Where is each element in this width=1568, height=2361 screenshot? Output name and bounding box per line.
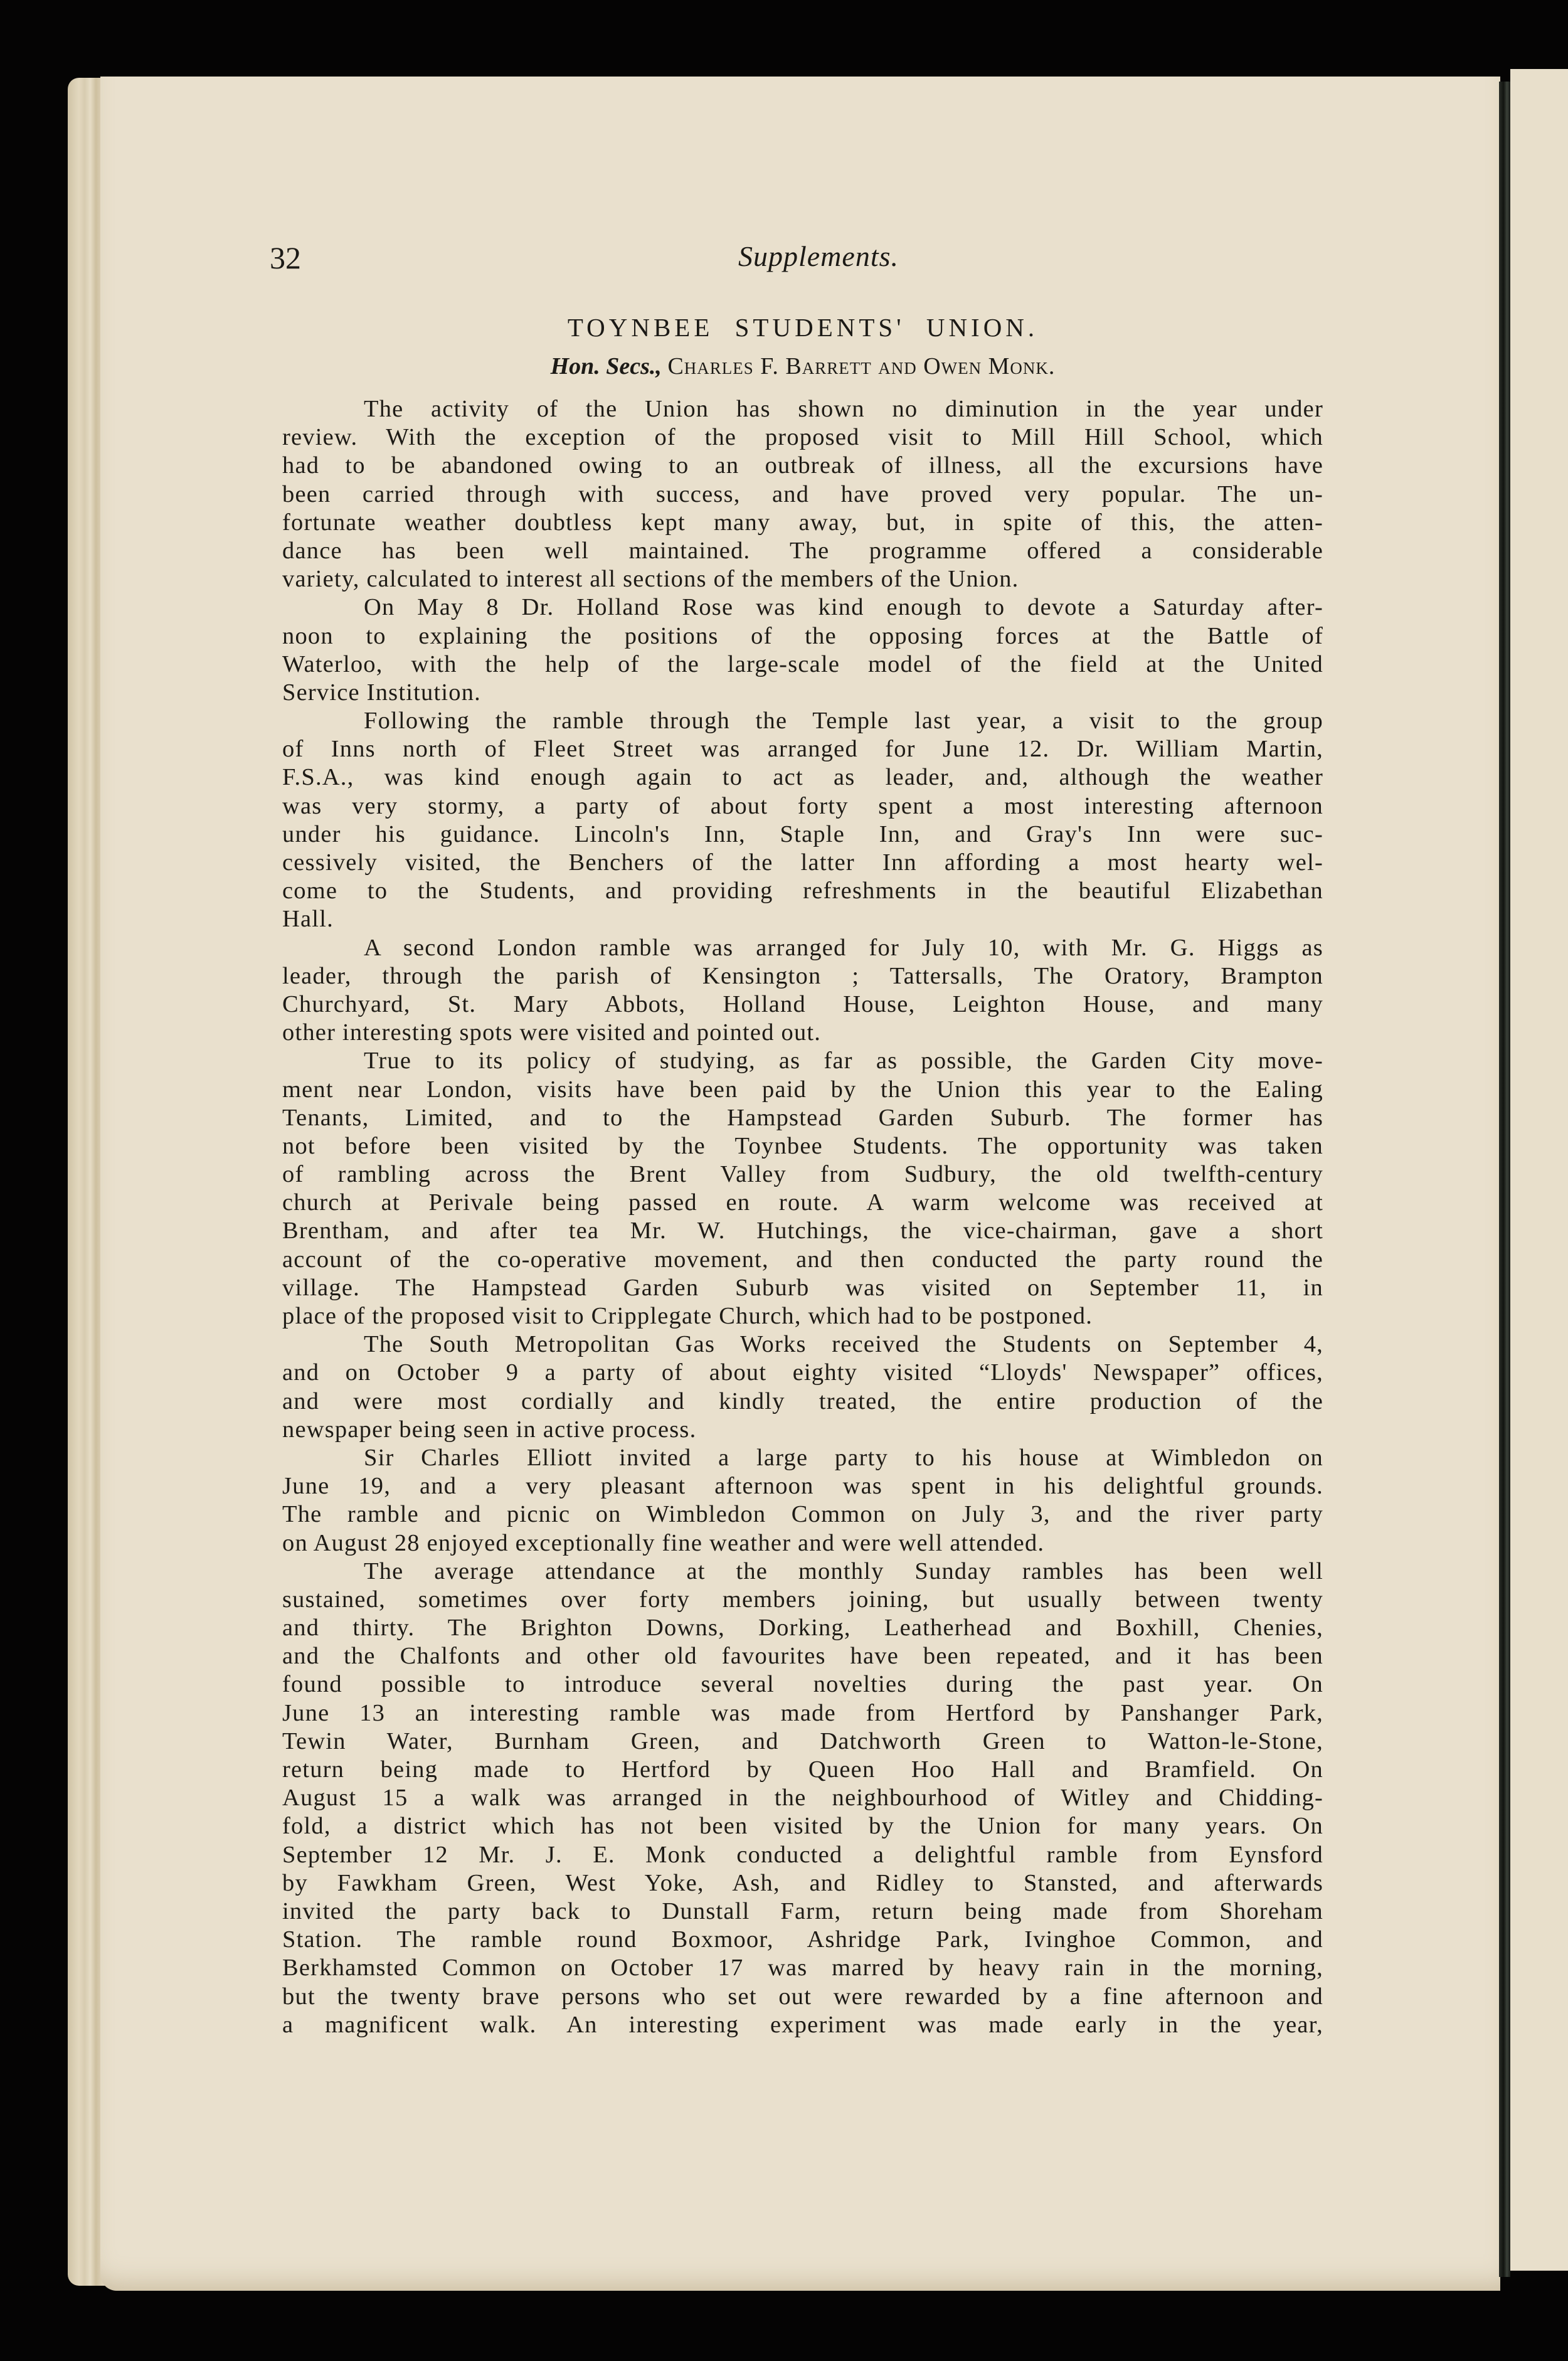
text-line: under his guidance. Lincoln's Inn, Stapl… [282,820,1323,849]
page-edges [68,78,105,2286]
paragraph: Following the ramble through the Temple … [282,707,1323,934]
text-line: June 19, and a very pleasant afternoon w… [282,1472,1323,1500]
paragraph: The activity of the Union has shown no d… [282,395,1323,593]
paragraph: Sir Charles Elliott invited a large part… [282,1444,1323,1557]
text-line: of rambling across the Brent Valley from… [282,1160,1323,1189]
text-line: other interesting spots were visited and… [282,1019,1323,1047]
paragraph: On May 8 Dr. Holland Rose was kind enoug… [282,593,1323,707]
paragraph: True to its policy of studying, as far a… [282,1047,1323,1330]
facing-page-edge [1510,69,1568,2271]
text-line: church at Perivale being passed en route… [282,1189,1323,1217]
text-line: Brentham, and after tea Mr. W. Hutchings… [282,1217,1323,1245]
text-line: Waterloo, with the help of the large-sca… [282,650,1323,679]
text-line: The ramble and picnic on Wimbledon Commo… [282,1500,1323,1529]
text-line: dance has been well maintained. The prog… [282,537,1323,565]
text-line: Berkhamsted Common on October 17 was mar… [282,1954,1323,1982]
text-line: Hall. [282,905,1323,933]
text-line: June 13 an interesting ramble was made f… [282,1699,1323,1727]
text-line: had to be abandoned owing to an outbreak… [282,452,1323,480]
text-line: noon to explaining the positions of the … [282,622,1323,650]
text-line: Service Institution. [282,679,1323,707]
secretaries-line: Hon. Secs., Charles F. Barrett and Owen … [282,353,1323,380]
text-line: Tenants, Limited, and to the Hampstead G… [282,1104,1323,1132]
text-line: not before been visited by the Toynbee S… [282,1132,1323,1160]
text-line: by Fawkham Green, West Yoke, Ash, and Ri… [282,1869,1323,1897]
text-line: and on October 9 a party of about eighty… [282,1359,1323,1387]
text-line: The average attendance at the monthly Su… [282,1557,1323,1586]
text-line: August 15 a walk was arranged in the nei… [282,1784,1323,1812]
text-line: Station. The ramble round Boxmoor, Ashri… [282,1926,1323,1954]
text-line: ment near London, visits have been paid … [282,1076,1323,1104]
text-line: and the Chalfonts and other old favourit… [282,1642,1323,1670]
text-line: sustained, sometimes over forty members … [282,1586,1323,1614]
text-line: A second London ramble was arranged for … [282,934,1323,962]
text-line: Churchyard, St. Mary Abbots, Holland Hou… [282,990,1323,1019]
secretaries-names: Charles F. Barrett and Owen Monk. [667,353,1055,379]
text-line: was very stormy, a party of about forty … [282,792,1323,820]
section-title: TOYNBEE STUDENTS' UNION. [282,312,1323,342]
text-line: September 12 Mr. J. E. Monk conducted a … [282,1841,1323,1869]
text-line: True to its policy of studying, as far a… [282,1047,1323,1075]
text-line: a magnificent walk. An interesting exper… [282,2011,1323,2039]
text-line: and were most cordially and kindly treat… [282,1387,1323,1416]
text-line: review. With the exception of the propos… [282,423,1323,452]
text-line: Tewin Water, Burnham Green, and Datchwor… [282,1727,1323,1756]
text-line: fortunate weather doubtless kept many aw… [282,509,1323,537]
body-text: The activity of the Union has shown no d… [282,395,1323,2039]
text-line: Sir Charles Elliott invited a large part… [282,1444,1323,1472]
text-line: found possible to introduce several nove… [282,1670,1323,1699]
text-line: of Inns north of Fleet Street was arrang… [282,735,1323,763]
text-line: village. The Hampstead Garden Suburb was… [282,1274,1323,1302]
text-line: On May 8 Dr. Holland Rose was kind enoug… [282,593,1323,622]
book-gutter [1499,82,1510,2277]
secretaries-label: Hon. Secs., [551,353,662,379]
running-head: Supplements. [0,240,1568,273]
text-line: F.S.A., was kind enough again to act as … [282,763,1323,792]
paragraph: The South Metropolitan Gas Works receive… [282,1330,1323,1444]
text-line: fold, a district which has not been visi… [282,1812,1323,1840]
text-line: return being made to Hertford by Queen H… [282,1756,1323,1784]
text-line: place of the proposed visit to Cripplega… [282,1302,1323,1330]
text-line: Following the ramble through the Temple … [282,707,1323,735]
text-line: on August 28 enjoyed exceptionally fine … [282,1529,1323,1557]
text-line: variety, calculated to interest all sect… [282,565,1323,593]
text-line: but the twenty brave persons who set out… [282,1983,1323,2011]
text-line: come to the Students, and providing refr… [282,877,1323,905]
text-line: and thirty. The Brighton Downs, Dorking,… [282,1614,1323,1642]
text-line: The South Metropolitan Gas Works receive… [282,1330,1323,1359]
text-line: leader, through the parish of Kensington… [282,962,1323,990]
text-line: cessively visited, the Benchers of the l… [282,849,1323,877]
text-line: newspaper being seen in active process. [282,1416,1323,1444]
text-line: account of the co-operative movement, an… [282,1246,1323,1274]
text-line: been carried through with success, and h… [282,480,1323,509]
paragraph: A second London ramble was arranged for … [282,934,1323,1048]
text-line: invited the party back to Dunstall Farm,… [282,1897,1323,1926]
paragraph: The average attendance at the monthly Su… [282,1557,1323,2039]
text-line: The activity of the Union has shown no d… [282,395,1323,423]
